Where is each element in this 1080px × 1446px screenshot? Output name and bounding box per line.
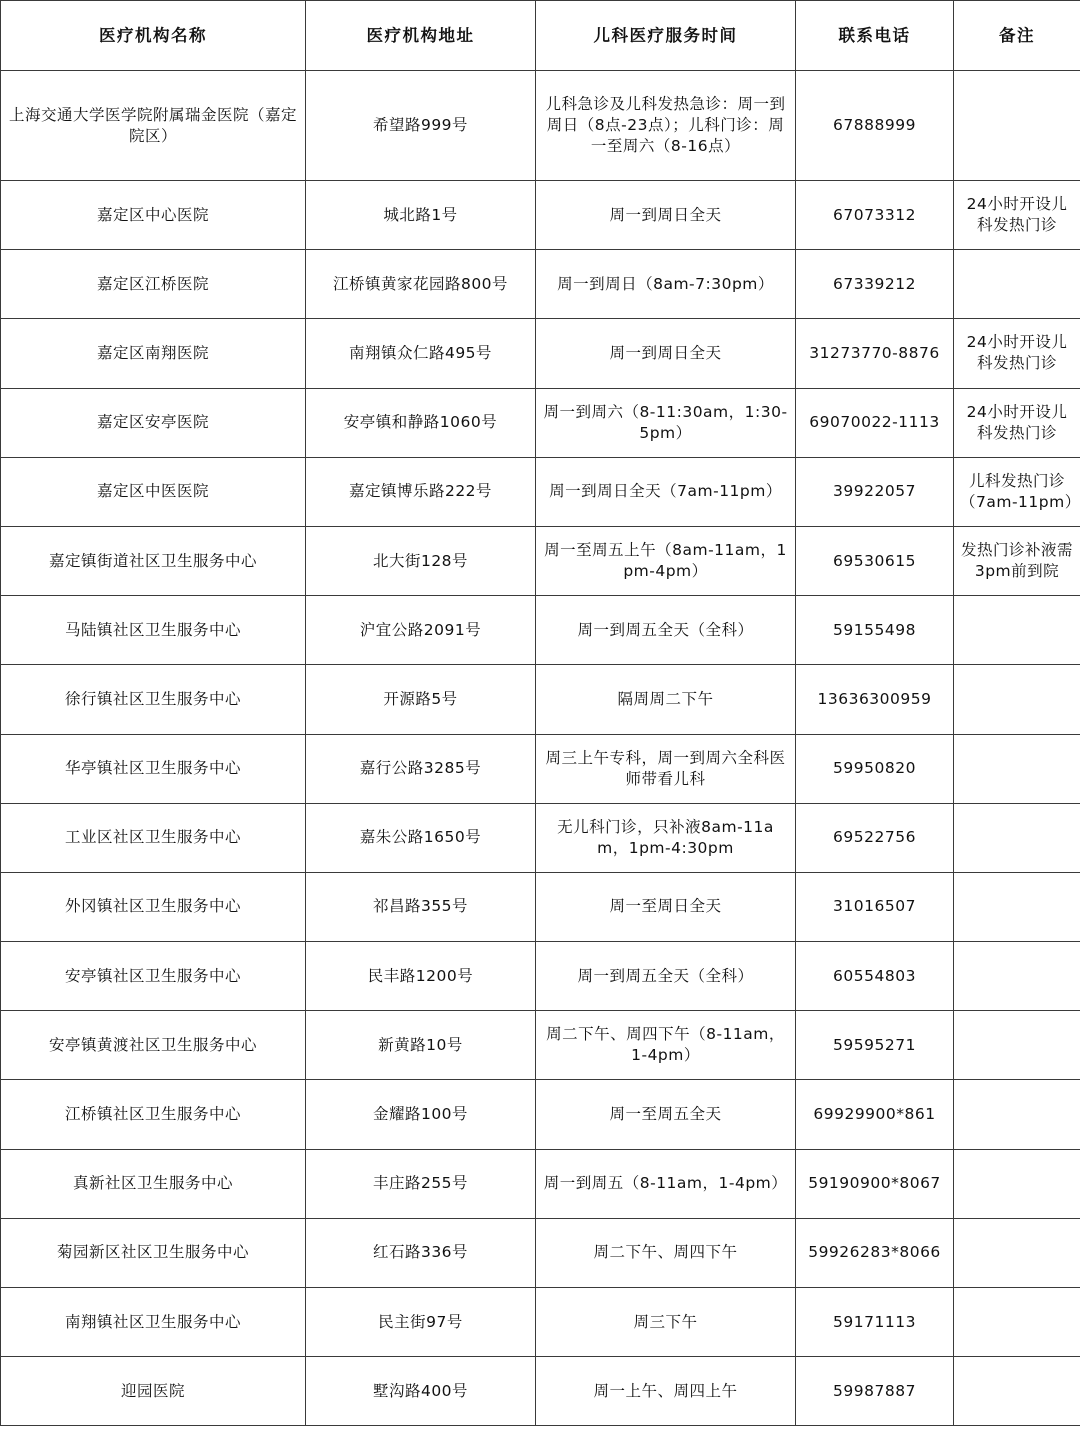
table-row: 外冈镇社区卫生服务中心祁昌路355号周一至周日全天31016507: [1, 872, 1080, 941]
clinic-address: 希望路999号: [306, 71, 536, 181]
service-hours: 周一到周日全天: [536, 181, 796, 250]
phone-number: 59595271: [796, 1011, 954, 1080]
table-row: 工业区社区卫生服务中心嘉朱公路1650号无儿科门诊，只补液8am-11am，1p…: [1, 803, 1080, 872]
service-hours: 无儿科门诊，只补液8am-11am，1pm-4:30pm: [536, 803, 796, 872]
header-address: 医疗机构地址: [306, 1, 536, 71]
note: 24小时开设儿科发热门诊: [954, 388, 1080, 457]
clinic-address: 红石路336号: [306, 1218, 536, 1287]
phone-number: 60554803: [796, 942, 954, 1011]
clinic-address: 江桥镇黄家花园路800号: [306, 250, 536, 319]
service-hours: 周一到周日（8am-7:30pm）: [536, 250, 796, 319]
table-row: 迎园医院墅沟路400号周一上午、周四上午59987887: [1, 1357, 1080, 1426]
table-row: 嘉定区安亭医院安亭镇和静路1060号周一到周六（8-11:30am，1:30-5…: [1, 388, 1080, 457]
clinic-address: 南翔镇众仁路495号: [306, 319, 536, 388]
phone-number: 59190900*8067: [796, 1149, 954, 1218]
table-row: 菊园新区社区卫生服务中心红石路336号周二下午、周四下午59926283*806…: [1, 1218, 1080, 1287]
clinic-name: 华亭镇社区卫生服务中心: [1, 734, 306, 803]
clinic-name: 江桥镇社区卫生服务中心: [1, 1080, 306, 1149]
clinic-address: 城北路1号: [306, 181, 536, 250]
service-hours: 周一到周日全天: [536, 319, 796, 388]
clinic-address: 民丰路1200号: [306, 942, 536, 1011]
clinic-name: 徐行镇社区卫生服务中心: [1, 665, 306, 734]
table-row: 徐行镇社区卫生服务中心开源路5号隔周周二下午13636300959: [1, 665, 1080, 734]
phone-number: 69929900*861: [796, 1080, 954, 1149]
header-note: 备注: [954, 1, 1080, 71]
clinic-name: 嘉定区中心医院: [1, 181, 306, 250]
note: 儿科发热门诊（7am-11pm）: [954, 457, 1080, 526]
note: 24小时开设儿科发热门诊: [954, 319, 1080, 388]
phone-number: 59171113: [796, 1288, 954, 1357]
service-hours: 周三下午: [536, 1288, 796, 1357]
table-row: 真新社区卫生服务中心丰庄路255号周一到周五（8-11am，1-4pm）5919…: [1, 1149, 1080, 1218]
note: [954, 665, 1080, 734]
clinic-address: 墅沟路400号: [306, 1357, 536, 1426]
table-row: 嘉定镇街道社区卫生服务中心北大街128号周一至周五上午（8am-11am，1pm…: [1, 526, 1080, 595]
table-row: 江桥镇社区卫生服务中心金耀路100号周一至周五全天69929900*861: [1, 1080, 1080, 1149]
table-row: 安亭镇社区卫生服务中心民丰路1200号周一到周五全天（全科）60554803: [1, 942, 1080, 1011]
clinic-name: 迎园医院: [1, 1357, 306, 1426]
table-row: 嘉定区南翔医院南翔镇众仁路495号周一到周日全天31273770-887624小…: [1, 319, 1080, 388]
note: [954, 1357, 1080, 1426]
note: 24小时开设儿科发热门诊: [954, 181, 1080, 250]
phone-number: 67339212: [796, 250, 954, 319]
clinic-name: 嘉定区安亭医院: [1, 388, 306, 457]
phone-number: 67073312: [796, 181, 954, 250]
table-row: 嘉定区江桥医院江桥镇黄家花园路800号周一到周日（8am-7:30pm）6733…: [1, 250, 1080, 319]
clinic-address: 祁昌路355号: [306, 872, 536, 941]
service-hours: 周二下午、周四下午: [536, 1218, 796, 1287]
service-hours: 周一至周五全天: [536, 1080, 796, 1149]
clinic-address: 新黄路10号: [306, 1011, 536, 1080]
phone-number: 39922057: [796, 457, 954, 526]
note: [954, 942, 1080, 1011]
clinic-name: 安亭镇黄渡社区卫生服务中心: [1, 1011, 306, 1080]
phone-number: 31016507: [796, 872, 954, 941]
phone-number: 67888999: [796, 71, 954, 181]
table-row: 嘉定区中心医院城北路1号周一到周日全天6707331224小时开设儿科发热门诊: [1, 181, 1080, 250]
service-hours: 周一到周日全天（7am-11pm）: [536, 457, 796, 526]
table-row: 马陆镇社区卫生服务中心沪宜公路2091号周一到周五全天（全科）59155498: [1, 596, 1080, 665]
clinic-name: 嘉定区中医医院: [1, 457, 306, 526]
phone-number: 69522756: [796, 803, 954, 872]
service-hours: 周一到周五（8-11am，1-4pm）: [536, 1149, 796, 1218]
clinic-address: 北大街128号: [306, 526, 536, 595]
note: [954, 1080, 1080, 1149]
note: [954, 250, 1080, 319]
table-row: 嘉定区中医医院嘉定镇博乐路222号周一到周日全天（7am-11pm）399220…: [1, 457, 1080, 526]
note: [954, 1149, 1080, 1218]
note: [954, 71, 1080, 181]
service-hours: 周一上午、周四上午: [536, 1357, 796, 1426]
clinic-address: 嘉行公路3285号: [306, 734, 536, 803]
phone-number: 69070022-1113: [796, 388, 954, 457]
service-hours: 周一至周日全天: [536, 872, 796, 941]
clinic-name: 外冈镇社区卫生服务中心: [1, 872, 306, 941]
note: [954, 1288, 1080, 1357]
clinic-address: 开源路5号: [306, 665, 536, 734]
clinic-name: 嘉定镇街道社区卫生服务中心: [1, 526, 306, 595]
table-row: 安亭镇黄渡社区卫生服务中心新黄路10号周二下午、周四下午（8-11am，1-4p…: [1, 1011, 1080, 1080]
clinic-name: 上海交通大学医学院附属瑞金医院（嘉定院区）: [1, 71, 306, 181]
clinic-address: 丰庄路255号: [306, 1149, 536, 1218]
clinic-name: 菊园新区社区卫生服务中心: [1, 1218, 306, 1287]
header-hours: 儿科医疗服务时间: [536, 1, 796, 71]
service-hours: 周二下午、周四下午（8-11am，1-4pm）: [536, 1011, 796, 1080]
clinic-table: 医疗机构名称 医疗机构地址 儿科医疗服务时间 联系电话 备注 上海交通大学医学院…: [0, 0, 1080, 1426]
note: [954, 1011, 1080, 1080]
service-hours: 周一到周六（8-11:30am，1:30-5pm）: [536, 388, 796, 457]
note: [954, 803, 1080, 872]
service-hours: 隔周周二下午: [536, 665, 796, 734]
clinic-address: 安亭镇和静路1060号: [306, 388, 536, 457]
note: [954, 1218, 1080, 1287]
note: 发热门诊补液需3pm前到院: [954, 526, 1080, 595]
clinic-name: 嘉定区南翔医院: [1, 319, 306, 388]
clinic-name: 真新社区卫生服务中心: [1, 1149, 306, 1218]
phone-number: 31273770-8876: [796, 319, 954, 388]
table-row: 上海交通大学医学院附属瑞金医院（嘉定院区）希望路999号儿科急诊及儿科发热急诊：…: [1, 71, 1080, 181]
clinic-name: 南翔镇社区卫生服务中心: [1, 1288, 306, 1357]
clinic-name: 嘉定区江桥医院: [1, 250, 306, 319]
header-row: 医疗机构名称 医疗机构地址 儿科医疗服务时间 联系电话 备注: [1, 1, 1080, 71]
note: [954, 734, 1080, 803]
service-hours: 儿科急诊及儿科发热急诊：周一到周日（8点-23点）；儿科门诊：周一至周六（8-1…: [536, 71, 796, 181]
service-hours: 周三上午专科，周一到周六全科医师带看儿科: [536, 734, 796, 803]
phone-number: 59155498: [796, 596, 954, 665]
service-hours: 周一到周五全天（全科）: [536, 942, 796, 1011]
header-name: 医疗机构名称: [1, 1, 306, 71]
service-hours: 周一至周五上午（8am-11am，1pm-4pm）: [536, 526, 796, 595]
clinic-name: 工业区社区卫生服务中心: [1, 803, 306, 872]
table-row: 华亭镇社区卫生服务中心嘉行公路3285号周三上午专科，周一到周六全科医师带看儿科…: [1, 734, 1080, 803]
clinic-address: 嘉朱公路1650号: [306, 803, 536, 872]
header-phone: 联系电话: [796, 1, 954, 71]
clinic-address: 嘉定镇博乐路222号: [306, 457, 536, 526]
phone-number: 69530615: [796, 526, 954, 595]
phone-number: 59950820: [796, 734, 954, 803]
table-row: 南翔镇社区卫生服务中心民主街97号周三下午59171113: [1, 1288, 1080, 1357]
note: [954, 596, 1080, 665]
clinic-name: 安亭镇社区卫生服务中心: [1, 942, 306, 1011]
note: [954, 872, 1080, 941]
clinic-address: 沪宜公路2091号: [306, 596, 536, 665]
clinic-name: 马陆镇社区卫生服务中心: [1, 596, 306, 665]
clinic-address: 民主街97号: [306, 1288, 536, 1357]
clinic-address: 金耀路100号: [306, 1080, 536, 1149]
phone-number: 59926283*8066: [796, 1218, 954, 1287]
phone-number: 13636300959: [796, 665, 954, 734]
phone-number: 59987887: [796, 1357, 954, 1426]
service-hours: 周一到周五全天（全科）: [536, 596, 796, 665]
